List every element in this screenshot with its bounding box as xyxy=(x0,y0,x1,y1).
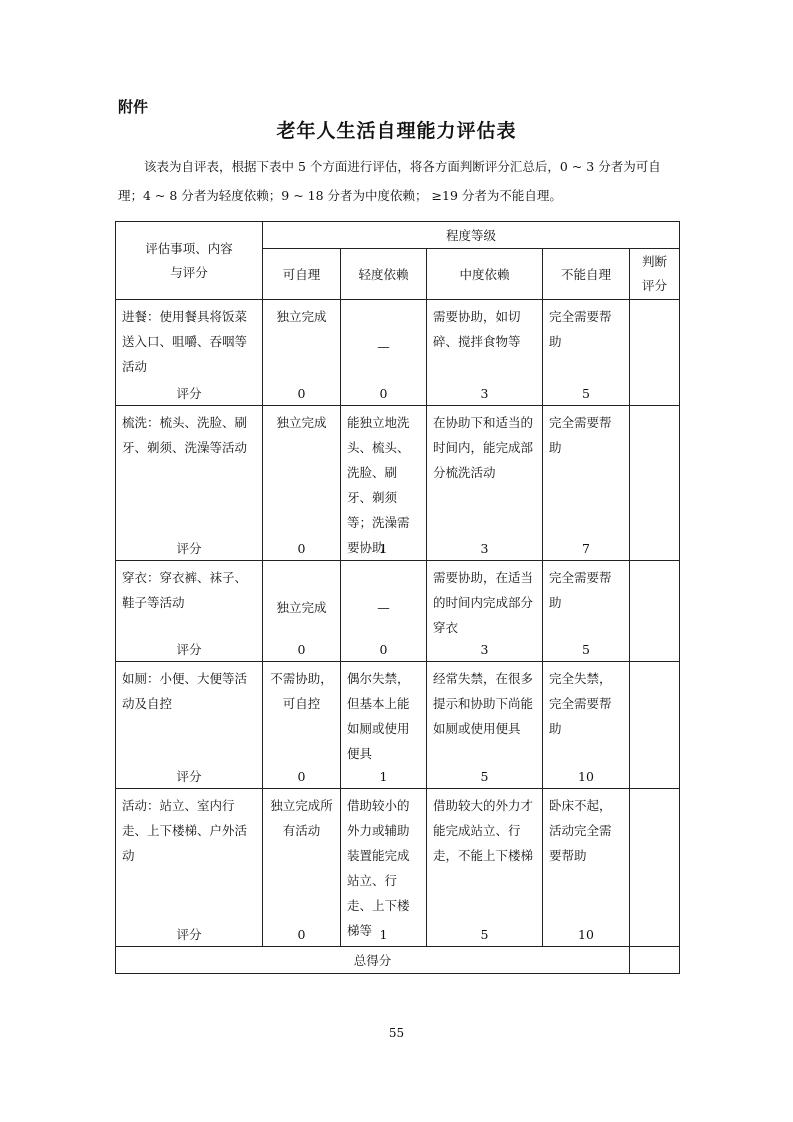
item-cell: 梳洗：梳头、洗脸、刷牙、剃须、洗澡等活动 评分 xyxy=(116,406,263,561)
score-value: 1 xyxy=(341,538,426,560)
judge-score-input[interactable] xyxy=(630,300,680,406)
level-text: 借助较大的外力才能完成站立、行走，不能上下楼梯 xyxy=(427,789,542,868)
level-text: 完全需要帮助 xyxy=(543,406,629,460)
item-text: 进餐：使用餐具将饭菜送入口、咀嚼、吞咽等活动 xyxy=(116,300,262,379)
total-label: 总得分 xyxy=(116,947,630,974)
level-text: 不需协助，可自控 xyxy=(263,662,340,716)
score-value: 3 xyxy=(427,383,542,405)
level-text: 卧床不起，活动完全需要帮助 xyxy=(543,789,629,868)
level-text: 借助较小的外力或辅助装置能完成站立、行走、上下楼梯等 xyxy=(341,789,426,943)
header-level-dependent: 不能自理 xyxy=(543,249,630,300)
level-cell: 经常失禁，在很多提示和协助下尚能如厕或使用便具 5 xyxy=(427,662,543,789)
total-score-input[interactable] xyxy=(630,947,680,974)
level-text: 需要协助，在适当的时间内完成部分穿衣 xyxy=(427,561,542,640)
score-value: 5 xyxy=(543,639,629,661)
table-row-total: 总得分 xyxy=(116,947,680,974)
level-cell: 独立完成 0 xyxy=(263,300,341,406)
page-title: 老年人生活自理能力评估表 xyxy=(0,116,793,143)
item-text: 梳洗：梳头、洗脸、刷牙、剃须、洗澡等活动 xyxy=(116,406,262,460)
level-text: 需要协助，如切碎、搅拌食物等 xyxy=(427,300,542,354)
level-text: 完全失禁，完全需要帮助 xyxy=(543,662,629,741)
score-value: 7 xyxy=(543,538,629,560)
score-value: 10 xyxy=(543,766,629,788)
level-text: 经常失禁，在很多提示和协助下尚能如厕或使用便具 xyxy=(427,662,542,741)
judge-score-input[interactable] xyxy=(630,662,680,789)
header-level-mild: 轻度依赖 xyxy=(341,249,427,300)
level-cell: 独立完成 0 xyxy=(263,561,341,662)
header-item-column: 评估事项、内容 与评分 xyxy=(116,222,263,300)
level-text: — xyxy=(341,591,426,620)
table-row-mobility: 活动：站立、室内行走、上下楼梯、户外活动 评分 独立完成所有活动 0 借助较小的… xyxy=(116,789,680,947)
level-text: — xyxy=(341,330,426,359)
score-value: 3 xyxy=(427,538,542,560)
level-cell: 在协助下和适当的时间内，能完成部分梳洗活动 3 xyxy=(427,406,543,561)
item-cell: 进餐：使用餐具将饭菜送入口、咀嚼、吞咽等活动 评分 xyxy=(116,300,263,406)
level-cell: 完全失禁，完全需要帮助 10 xyxy=(543,662,630,789)
level-text: 独立完成 xyxy=(263,406,340,435)
item-text: 活动：站立、室内行走、上下楼梯、户外活动 xyxy=(116,789,262,868)
score-value: 3 xyxy=(427,639,542,661)
level-cell: 需要协助，如切碎、搅拌食物等 3 xyxy=(427,300,543,406)
item-text: 如厕：小便、大便等活动及自控 xyxy=(116,662,262,716)
level-text: 独立完成所有活动 xyxy=(263,789,340,843)
level-cell: 偶尔失禁，但基本上能如厕或使用便具 1 xyxy=(341,662,427,789)
level-cell: 需要协助，在适当的时间内完成部分穿衣 3 xyxy=(427,561,543,662)
table-row-grooming: 梳洗：梳头、洗脸、刷牙、剃须、洗澡等活动 评分 独立完成 0 能独立地洗头、梳头… xyxy=(116,406,680,561)
score-label: 评分 xyxy=(116,383,262,405)
level-cell: 独立完成 0 xyxy=(263,406,341,561)
header-item-line-1: 评估事项、内容 xyxy=(116,237,262,261)
page-number: 55 xyxy=(0,1026,793,1040)
score-label: 评分 xyxy=(116,639,262,661)
score-value: 1 xyxy=(341,766,426,788)
score-value: 5 xyxy=(427,766,542,788)
item-cell: 活动：站立、室内行走、上下楼梯、户外活动 评分 xyxy=(116,789,263,947)
score-value: 5 xyxy=(543,383,629,405)
level-text: 偶尔失禁，但基本上能如厕或使用便具 xyxy=(341,662,426,766)
score-label: 评分 xyxy=(116,766,262,788)
score-value: 0 xyxy=(263,924,340,946)
intro-paragraph: 该表为自评表，根据下表中 5 个方面进行评估，将各方面判断评分汇总后，0 ~ 3… xyxy=(118,152,678,210)
level-text: 独立完成 xyxy=(263,300,340,329)
score-value: 0 xyxy=(263,766,340,788)
score-value: 0 xyxy=(341,383,426,405)
level-text: 在协助下和适当的时间内，能完成部分梳洗活动 xyxy=(427,406,542,485)
header-judge-score: 判断 评分 xyxy=(630,249,680,300)
item-cell: 穿衣：穿衣裤、袜子、鞋子等活动 评分 xyxy=(116,561,263,662)
score-label: 评分 xyxy=(116,538,262,560)
score-value: 0 xyxy=(341,639,426,661)
header-level-group: 程度等级 xyxy=(263,222,680,249)
table-row-toileting: 如厕：小便、大便等活动及自控 评分 不需协助，可自控 0 偶尔失禁，但基本上能如… xyxy=(116,662,680,789)
item-cell: 如厕：小便、大便等活动及自控 评分 xyxy=(116,662,263,789)
table-row-dressing: 穿衣：穿衣裤、袜子、鞋子等活动 评分 独立完成 0 — 0 需要协助，在适当的时… xyxy=(116,561,680,662)
score-value: 0 xyxy=(263,538,340,560)
score-value: 10 xyxy=(543,924,629,946)
score-value: 0 xyxy=(263,383,340,405)
header-judge-line-1: 判断 xyxy=(630,250,679,274)
level-text: 完全需要帮助 xyxy=(543,300,629,354)
level-cell: 卧床不起，活动完全需要帮助 10 xyxy=(543,789,630,947)
header-item-line-2: 与评分 xyxy=(116,261,262,285)
level-cell: 完全需要帮助 5 xyxy=(543,561,630,662)
header-level-moderate: 中度依赖 xyxy=(427,249,543,300)
level-cell: — 0 xyxy=(341,561,427,662)
level-cell: 完全需要帮助 5 xyxy=(543,300,630,406)
table-row-eating: 进餐：使用餐具将饭菜送入口、咀嚼、吞咽等活动 评分 独立完成 0 — 0 需要协… xyxy=(116,300,680,406)
score-value: 5 xyxy=(427,924,542,946)
judge-score-input[interactable] xyxy=(630,789,680,947)
attachment-label: 附件 xyxy=(118,96,148,117)
score-value: 1 xyxy=(341,924,426,946)
level-cell: 借助较大的外力才能完成站立、行走，不能上下楼梯 5 xyxy=(427,789,543,947)
score-value: 0 xyxy=(263,639,340,661)
level-cell: 能独立地洗头、梳头、洗脸、刷牙、剃须等；洗澡需要协助 1 xyxy=(341,406,427,561)
level-cell: 借助较小的外力或辅助装置能完成站立、行走、上下楼梯等 1 xyxy=(341,789,427,947)
level-text: 能独立地洗头、梳头、洗脸、刷牙、剃须等；洗澡需要协助 xyxy=(341,406,426,560)
level-cell: — 0 xyxy=(341,300,427,406)
level-cell: 不需协助，可自控 0 xyxy=(263,662,341,789)
level-text: 完全需要帮助 xyxy=(543,561,629,615)
header-level-independent: 可自理 xyxy=(263,249,341,300)
level-cell: 独立完成所有活动 0 xyxy=(263,789,341,947)
assessment-table: 评估事项、内容 与评分 程度等级 可自理 轻度依赖 中度依赖 不能自理 判断 评… xyxy=(115,221,680,974)
header-judge-line-2: 评分 xyxy=(630,274,679,298)
judge-score-input[interactable] xyxy=(630,561,680,662)
judge-score-input[interactable] xyxy=(630,406,680,561)
level-cell: 完全需要帮助 7 xyxy=(543,406,630,561)
score-label: 评分 xyxy=(116,924,262,946)
level-text: 独立完成 xyxy=(263,591,340,620)
item-text: 穿衣：穿衣裤、袜子、鞋子等活动 xyxy=(116,561,262,615)
